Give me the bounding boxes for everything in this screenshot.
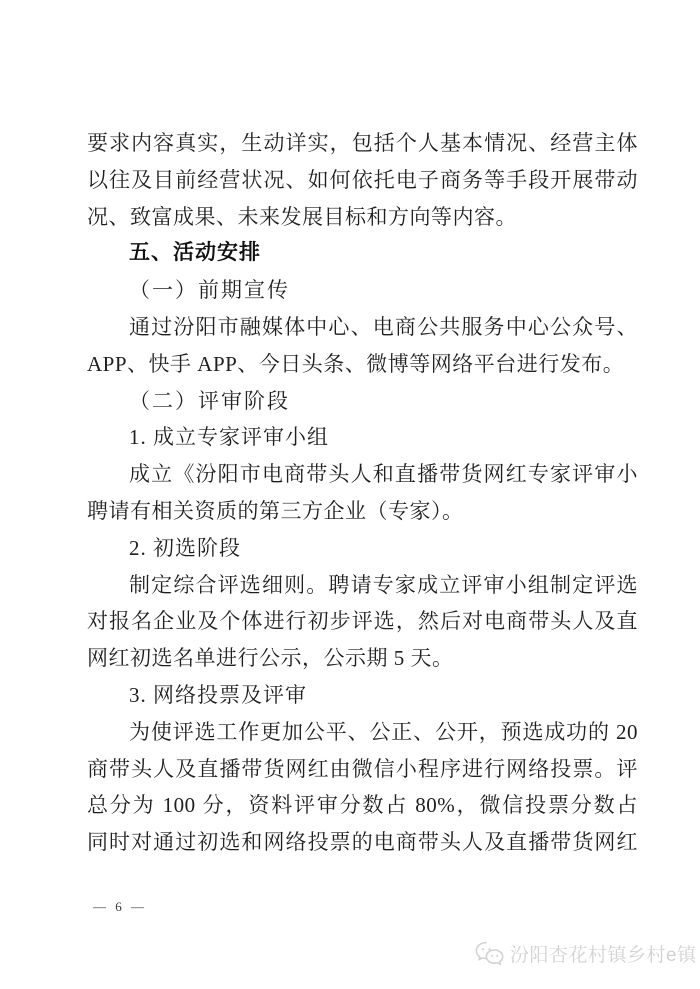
text-line: APP、快手 APP、今日头条、微博等网络平台进行发布。 [87,346,638,383]
wechat-icon [474,940,505,967]
text-line: 要求内容真实，生动详实，包括个人基本情况、经营主体介绍、 [87,125,638,162]
text-line: 总分为 100 分，资料评审分数占 80%，微信投票分数占 20%。 [87,787,638,824]
watermark-label: 汾阳杏花村镇乡村e镇 [510,940,697,967]
text-line: 网红初选名单进行公示，公示期 5 天。 [87,640,638,677]
document-body: 要求内容真实，生动详实，包括个人基本情况、经营主体介绍、以往及目前经营状况、如何… [87,125,638,861]
text-line: 五、活动安排 [87,235,638,272]
text-line: （一）前期宣传 [87,272,638,309]
page-number: — 6 — [93,899,147,915]
text-line: 1. 成立专家评审小组 [87,419,638,456]
text-line: 成立《汾阳市电商带头人和直播带货网红专家评审小组》， [87,456,638,493]
watermark: 汾阳杏花村镇乡村e镇 [474,940,697,967]
text-line: 商带头人及直播带货网红由微信小程序进行网络投票。评审分数 [87,751,638,788]
text-line: 聘请有相关资质的第三方企业（专家）。 [87,493,638,530]
text-line: 同时对通过初选和网络投票的电商带头人及直播带货网红的年 [87,824,638,861]
text-line: 以往及目前经营状况、如何依托电子商务等手段开展带动就业情 [87,162,638,199]
text-line: 2. 初选阶段 [87,530,638,567]
text-line: （二）评审阶段 [87,383,638,420]
text-line: 对报名企业及个体进行初步评选，然后对电商带头人及直播带货 [87,603,638,640]
text-line: 为使评选工作更加公平、公正、公开，预选成功的 20 名电 [87,714,638,751]
text-line: 制定综合评选细则。聘请专家成立评审小组制定评选细则， [87,567,638,604]
text-line: 3. 网络投票及评审 [87,677,638,714]
text-line: 通过汾阳市融媒体中心、电商公共服务中心公众号、抖音 [87,309,638,346]
text-line: 况、致富成果、未来发展目标和方向等内容。 [87,199,638,236]
document-page: 要求内容真实，生动详实，包括个人基本情况、经营主体介绍、以往及目前经营状况、如何… [0,0,700,989]
